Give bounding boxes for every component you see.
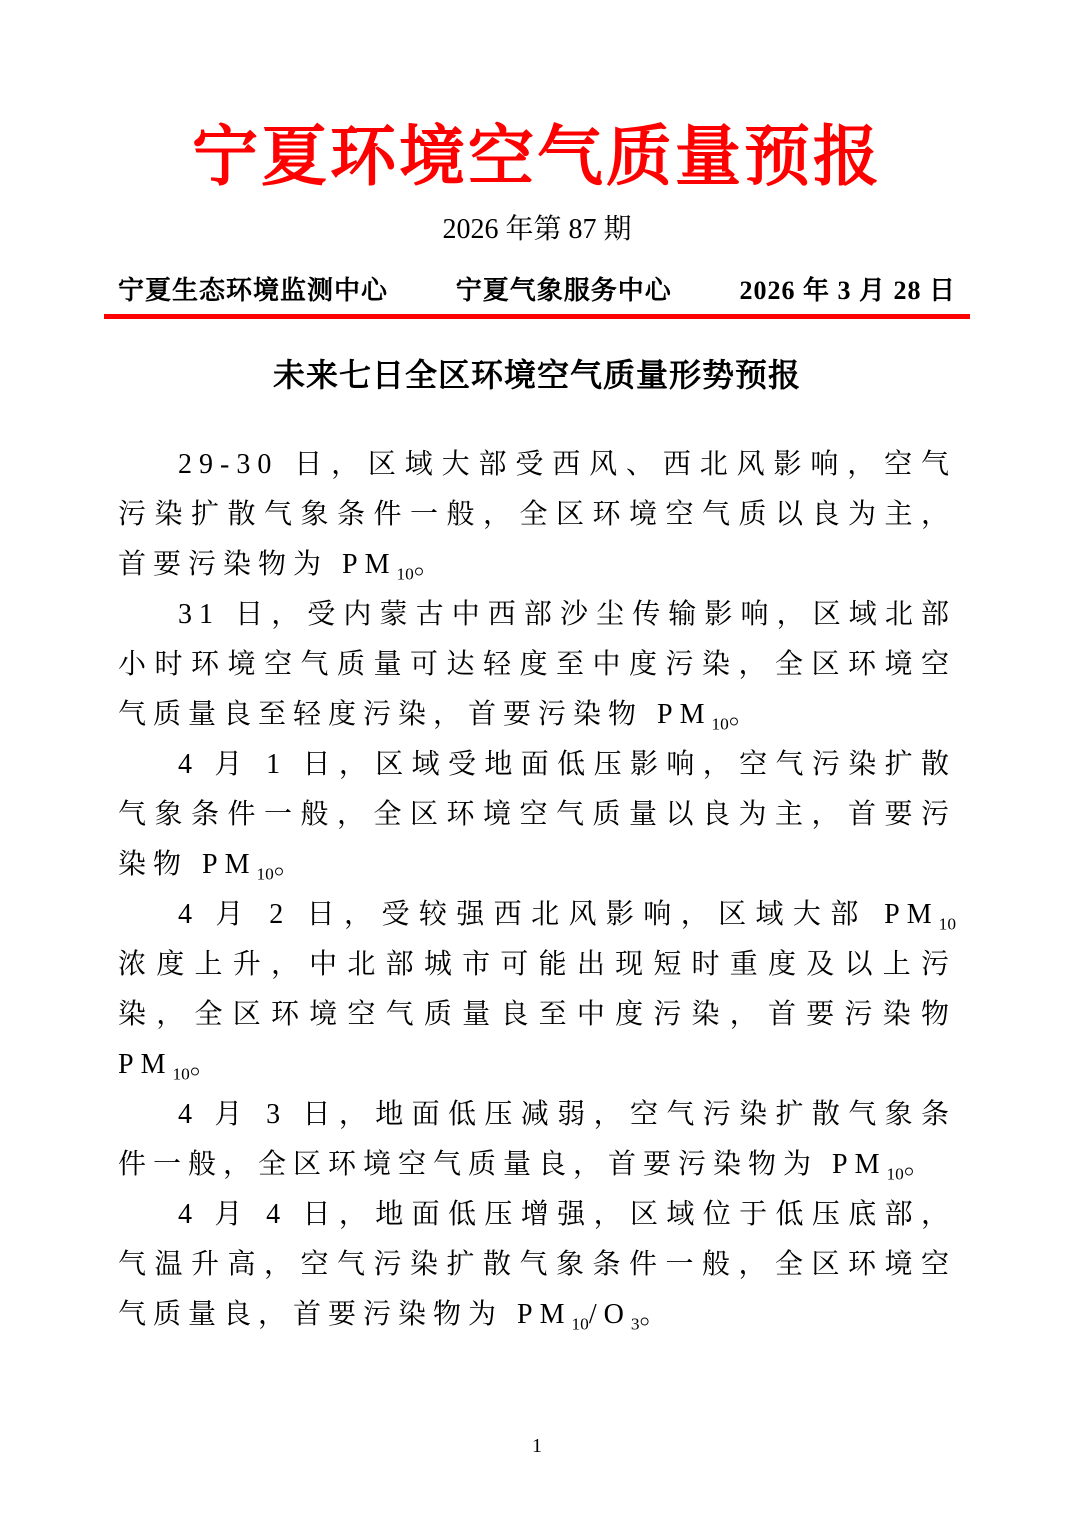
section-title: 未来七日全区环境空气质量形势预报 xyxy=(118,355,956,395)
org-monitoring-center: 宁夏生态环境监测中心 xyxy=(118,274,388,308)
forecast-paragraph: 4 月 2 日，受较强西北风影响，区域大部 PM10 浓度上升，中北部城市可能出… xyxy=(118,890,956,1090)
document-page: 宁夏环境空气质量预报 2026 年第 87 期 宁夏生态环境监测中心 宁夏气象服… xyxy=(0,0,1074,1520)
forecast-paragraphs: 29-30 日，区域大部受西风、西北风影响，空气污染扩散气象条件一般，全区环境空… xyxy=(118,440,956,1340)
page-number: 1 xyxy=(0,1434,1074,1458)
forecast-paragraph: 29-30 日，区域大部受西风、西北风影响，空气污染扩散气象条件一般，全区环境空… xyxy=(118,440,956,590)
forecast-paragraph: 4 月 4 日，地面低压增强，区域位于低压底部，气温升高，空气污染扩散气象条件一… xyxy=(118,1190,956,1340)
forecast-paragraph: 4 月 1 日，区域受地面低压影响，空气污染扩散气象条件一般，全区环境空气质量以… xyxy=(118,740,956,890)
forecast-paragraph: 4 月 3 日，地面低压减弱，空气污染扩散气象条件一般，全区环境空气质量良，首要… xyxy=(118,1090,956,1190)
issue-date: 2026 年 3 月 28 日 xyxy=(739,274,956,308)
red-divider-line xyxy=(104,314,970,319)
document-title: 宁夏环境空气质量预报 xyxy=(118,0,956,196)
forecast-paragraph: 31 日，受内蒙古中西部沙尘传输影响，区域北部小时环境空气质量可达轻度至中度污染… xyxy=(118,590,956,740)
masthead: 宁夏生态环境监测中心 宁夏气象服务中心 2026 年 3 月 28 日 xyxy=(118,274,956,308)
org-meteorological-center: 宁夏气象服务中心 xyxy=(456,274,672,308)
issue-number: 2026 年第 87 期 xyxy=(118,212,956,248)
